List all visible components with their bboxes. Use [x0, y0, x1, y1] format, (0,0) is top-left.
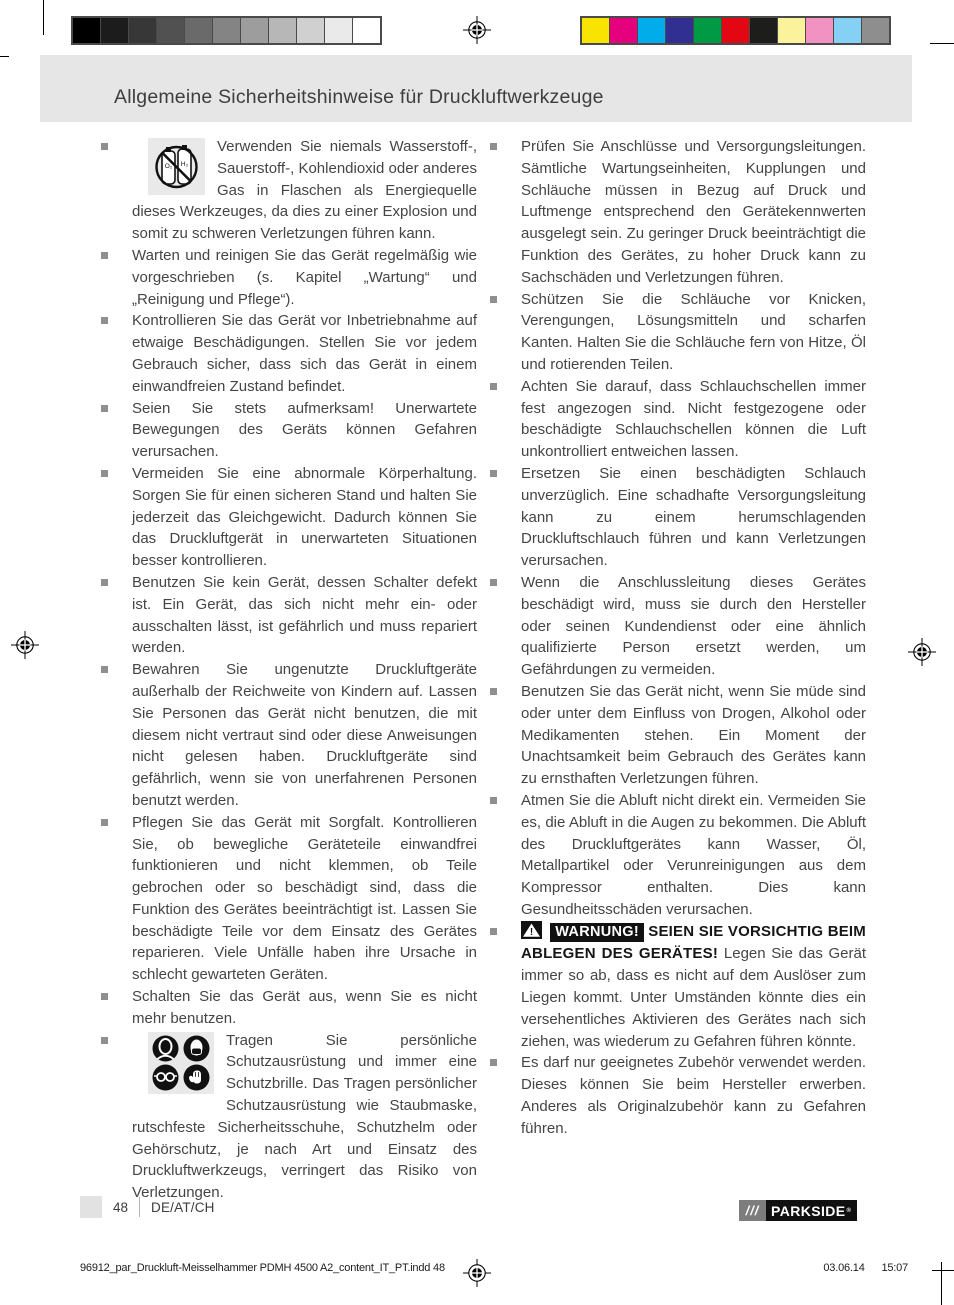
bullet-square	[101, 252, 108, 259]
bullet-square	[101, 993, 108, 1000]
footer-page-info: 48 DE/AT/CH	[80, 1196, 215, 1218]
color-calibration-bar	[580, 16, 891, 45]
instruction-text: Benutzen Sie das Gerät nicht, wenn Sie m…	[521, 683, 866, 787]
print-datetime: 03.06.14 15:07	[809, 1262, 908, 1274]
header-band: Allgemeine Sicherheitshinweise für Druck…	[40, 55, 912, 122]
bullet-square	[101, 317, 108, 324]
footer-divider	[139, 1197, 140, 1217]
color-swatch	[73, 18, 100, 43]
safety-instruction-item: Achten Sie darauf, dass Schlauchschellen…	[489, 376, 866, 463]
instruction-text: Benutzen Sie kein Gerät, dessen Schalter…	[132, 574, 477, 656]
bullet-square	[101, 666, 108, 673]
brand-name: PARKSIDE®	[766, 1200, 857, 1221]
instruction-text: Seien Sie stets aufmerksam! Unerwartete …	[132, 400, 477, 461]
instruction-text: Achten Sie darauf, dass Schlauchschellen…	[521, 378, 866, 460]
crop-mark-bottom-right-v	[941, 1262, 942, 1305]
safety-instruction-item: Benutzen Sie das Gerät nicht, wenn Sie m…	[489, 681, 866, 790]
safety-instruction-item: Schalten Sie das Gerät aus, wenn Sie es …	[100, 986, 477, 1030]
footer-gray-square	[80, 1196, 102, 1218]
safety-instruction-item: Prüfen Sie Anschlüsse und Versorgungslei…	[489, 136, 866, 289]
color-swatch	[666, 18, 693, 43]
safety-instruction-item: O₂ H₂ Verwenden Sie niemals Wasserstoff-…	[100, 136, 477, 245]
color-swatch	[750, 18, 777, 43]
instruction-text: Schützen Sie die Schläuche vor Knicken, …	[521, 291, 866, 373]
eye-protection-icon	[152, 1035, 179, 1062]
print-info-line: 96912_par_Druckluft-Meisselhammer PDMH 4…	[80, 1262, 908, 1274]
color-swatch	[582, 18, 609, 43]
bullet-square	[101, 1037, 108, 1044]
svg-text:O₂: O₂	[165, 163, 173, 170]
safety-instruction-item: Es darf nur geeignetes Zubehör verwendet…	[489, 1052, 866, 1139]
warning-instruction-item: ! WARNUNG! SEIEN SIE VORSICHTIG BEIM ABL…	[489, 921, 866, 1053]
color-swatch	[722, 18, 749, 43]
dust-mask-icon	[183, 1035, 210, 1062]
page-title: Allgemeine Sicherheitshinweise für Druck…	[114, 86, 604, 109]
svg-text:H₂: H₂	[181, 161, 189, 168]
color-swatch	[353, 18, 380, 43]
instruction-text: Atmen Sie die Abluft nicht direkt ein. V…	[521, 792, 866, 918]
crop-mark-top-left-v	[43, 0, 44, 35]
bullet-square	[101, 819, 108, 826]
warning-triangle-icon: !	[521, 921, 542, 939]
right-column: Prüfen Sie Anschlüsse und Versorgungslei…	[489, 136, 866, 1204]
safety-instruction-item: Warten und reinigen Sie das Gerät regelm…	[100, 245, 477, 310]
safety-instruction-item: Wenn die Anschlussleitung dieses Gerätes…	[489, 572, 866, 681]
registration-mark-top	[463, 16, 491, 44]
warning-badge: WARNUNG!	[550, 923, 644, 942]
color-swatch	[129, 18, 156, 43]
bullet-square	[490, 143, 497, 150]
bullet-square	[490, 797, 497, 804]
print-time: 15:07	[881, 1262, 908, 1274]
bullet-square	[490, 470, 497, 477]
safety-instruction-item: Pflegen Sie das Gerät mit Sorgfalt. Kont…	[100, 812, 477, 986]
color-swatch	[834, 18, 861, 43]
grayscale-calibration-bar	[71, 16, 382, 45]
instruction-text: Warten und reinigen Sie das Gerät regelm…	[132, 247, 477, 308]
registration-mark-right	[908, 638, 936, 666]
color-swatch	[862, 18, 889, 43]
instruction-text: Schalten Sie das Gerät aus, wenn Sie es …	[132, 988, 477, 1027]
color-swatch	[185, 18, 212, 43]
left-column: O₂ H₂ Verwenden Sie niemals Wasserstoff-…	[100, 136, 477, 1204]
parkside-logo: /// PARKSIDE®	[739, 1200, 857, 1221]
instruction-text: Vermeiden Sie eine abnormale Körperhaltu…	[132, 465, 477, 569]
bullet-square	[490, 383, 497, 390]
safety-goggles-icon	[152, 1064, 179, 1091]
color-swatch	[101, 18, 128, 43]
instruction-text: Bewahren Sie ungenutzte Druckluftgeräte …	[132, 661, 477, 809]
registration-mark-bottom	[463, 1259, 491, 1287]
no-gas-bottles-prohibition-icon: O₂ H₂	[148, 138, 205, 195]
bullet-square	[490, 296, 497, 303]
svg-text:!: !	[530, 927, 533, 938]
print-date: 03.06.14	[823, 1262, 864, 1274]
safety-instruction-item: Schützen Sie die Schläuche vor Knicken, …	[489, 289, 866, 376]
color-swatch	[778, 18, 805, 43]
personal-protective-equipment-icons	[148, 1032, 214, 1094]
safety-instruction-item: Bewahren Sie ungenutzte Druckluftgeräte …	[100, 659, 477, 812]
instruction-text: Wenn die Anschlussleitung dieses Gerätes…	[521, 574, 866, 678]
logo-slashes-icon: ///	[739, 1200, 766, 1221]
color-swatch	[638, 18, 665, 43]
print-filename: 96912_par_Druckluft-Meisselhammer PDMH 4…	[80, 1262, 445, 1274]
safety-instruction-item: Ersetzen Sie einen beschädigten Schlauch…	[489, 463, 866, 572]
page-number: 48	[113, 1200, 128, 1215]
protective-gloves-icon	[183, 1064, 210, 1091]
instruction-text: Es darf nur geeignetes Zubehör verwendet…	[521, 1054, 866, 1136]
crop-mark-bottom-right-h	[932, 1270, 954, 1271]
safety-instruction-item: Tragen Sie persönliche Schutzausrüstung …	[100, 1030, 477, 1204]
bullet-square	[101, 470, 108, 477]
crop-mark-top-right-h	[930, 43, 954, 44]
content-area: O₂ H₂ Verwenden Sie niemals Wasserstoff-…	[100, 136, 866, 1204]
registered-trademark-symbol: ®	[847, 1207, 852, 1215]
instruction-text: Prüfen Sie Anschlüsse und Versorgungslei…	[521, 138, 866, 286]
safety-instruction-item: Vermeiden Sie eine abnormale Körperhaltu…	[100, 463, 477, 572]
bullet-square	[101, 405, 108, 412]
instruction-text: Kontrollieren Sie das Gerät vor Inbetrie…	[132, 312, 477, 394]
safety-instruction-item: Seien Sie stets aufmerksam! Unerwartete …	[100, 398, 477, 463]
bullet-square	[490, 1059, 497, 1066]
color-swatch	[610, 18, 637, 43]
instruction-text: Ersetzen Sie einen beschädigten Schlauch…	[521, 465, 866, 569]
crop-mark-top-left-h	[0, 56, 9, 57]
language-region-label: DE/AT/CH	[151, 1200, 215, 1215]
color-swatch	[325, 18, 352, 43]
registration-mark-left	[11, 631, 39, 659]
bullet-square	[101, 579, 108, 586]
color-swatch	[297, 18, 324, 43]
color-swatch	[269, 18, 296, 43]
bullet-square	[490, 579, 497, 586]
color-swatch	[694, 18, 721, 43]
safety-instruction-item: Kontrollieren Sie das Gerät vor Inbetrie…	[100, 310, 477, 397]
color-swatch	[157, 18, 184, 43]
safety-instruction-item: Benutzen Sie kein Gerät, dessen Schalter…	[100, 572, 477, 659]
bullet-square	[490, 688, 497, 695]
color-swatch	[806, 18, 833, 43]
bullet-square	[101, 143, 108, 150]
instruction-text: Pflegen Sie das Gerät mit Sorgfalt. Kont…	[132, 814, 477, 984]
bullet-square	[490, 928, 497, 935]
color-swatch	[213, 18, 240, 43]
safety-instruction-item: Atmen Sie die Abluft nicht direkt ein. V…	[489, 790, 866, 921]
color-swatch	[241, 18, 268, 43]
